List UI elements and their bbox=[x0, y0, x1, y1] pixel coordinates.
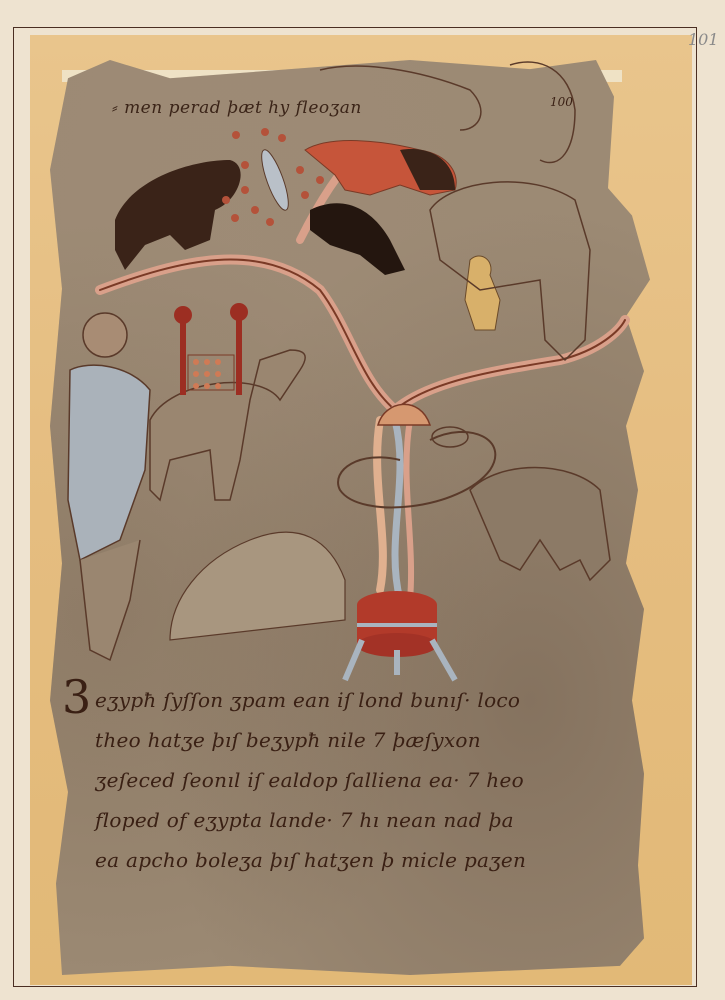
initial-letter: 3 bbox=[62, 670, 91, 724]
leaf-icon bbox=[257, 147, 294, 213]
bear-icon bbox=[115, 160, 241, 270]
elephant-icon bbox=[470, 468, 610, 581]
attendant-figure-icon bbox=[68, 313, 150, 660]
inner-folio-number: 100 bbox=[550, 95, 573, 109]
text-line: ʒeſeced ſeonıl iſ ealdop ſalliena ea· 7 … bbox=[95, 760, 625, 800]
rock-icon bbox=[170, 532, 345, 640]
camel-icon bbox=[150, 303, 305, 500]
serpent-icon bbox=[338, 432, 495, 507]
golden-animal-icon bbox=[465, 256, 500, 330]
text-line: theo hatʒe þıſ beʒypħ nile 7 þæſyxon bbox=[95, 720, 625, 760]
text-block: eʒypħ ſyſſon ʒpam ean iſ lond bunıſ· loc… bbox=[95, 680, 625, 880]
large-animal-icon bbox=[430, 182, 590, 360]
text-line: ea apcho boleʒa þıſ hatʒen þ micle paʒen bbox=[95, 840, 625, 880]
black-animal-icon bbox=[310, 203, 405, 275]
text-line: eʒypħ ſyſſon ʒpam ean iſ lond bunıſ· loc… bbox=[95, 680, 625, 720]
text-line: floped of eʒypta lande· 7 hı nean nad þa bbox=[95, 800, 625, 840]
header-text-line: ⸗ men perad þæt hy fleoʒan bbox=[112, 98, 362, 118]
base-stand-icon bbox=[345, 591, 455, 680]
